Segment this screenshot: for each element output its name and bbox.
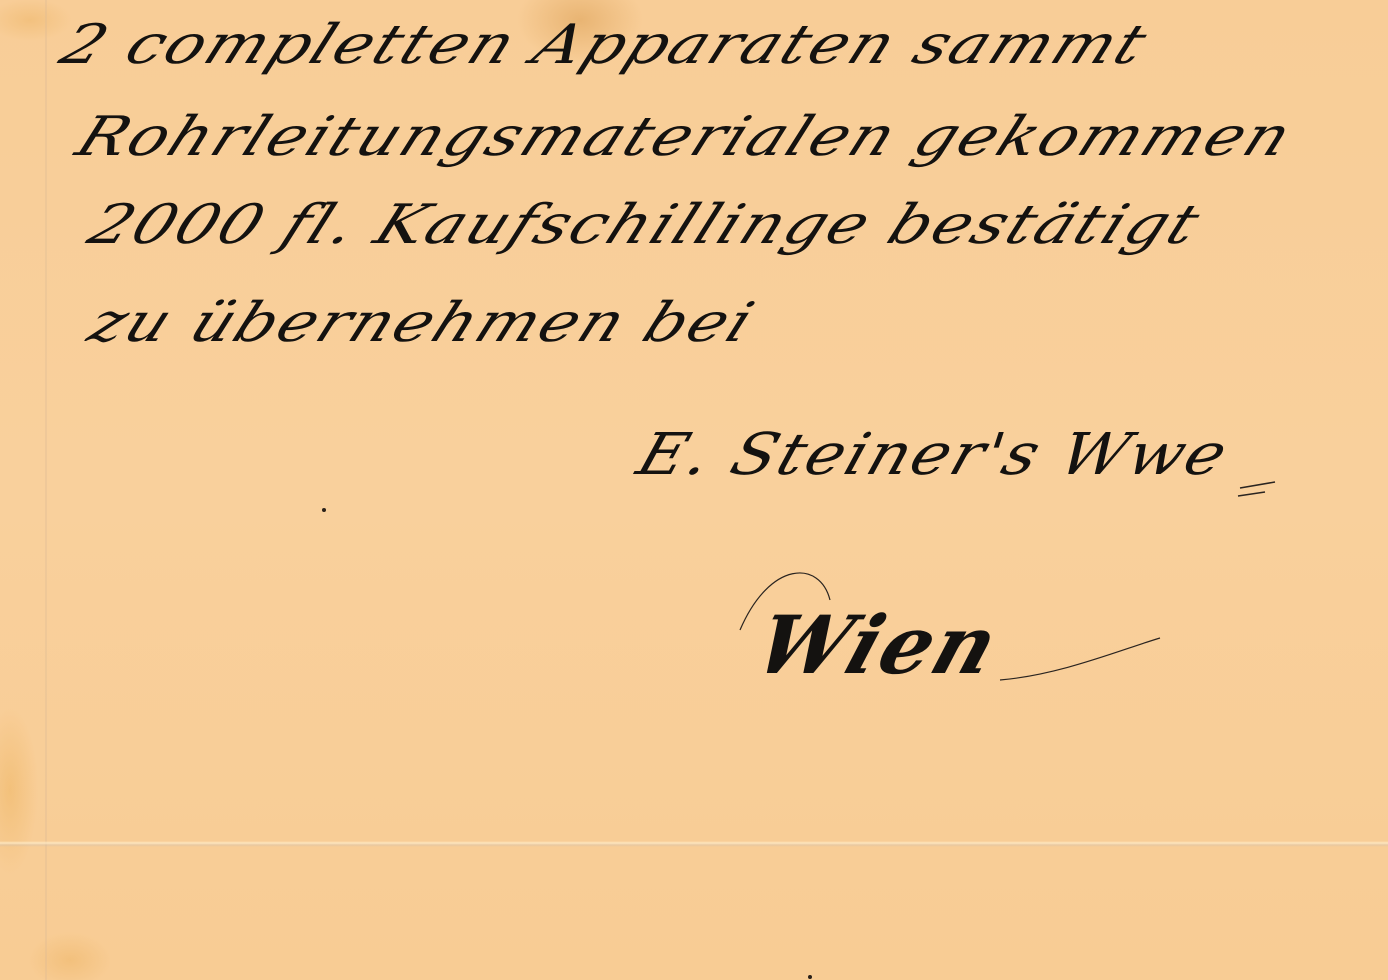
place-flourish <box>0 0 1388 980</box>
ink-speck <box>322 508 326 512</box>
ink-speck <box>808 975 812 979</box>
